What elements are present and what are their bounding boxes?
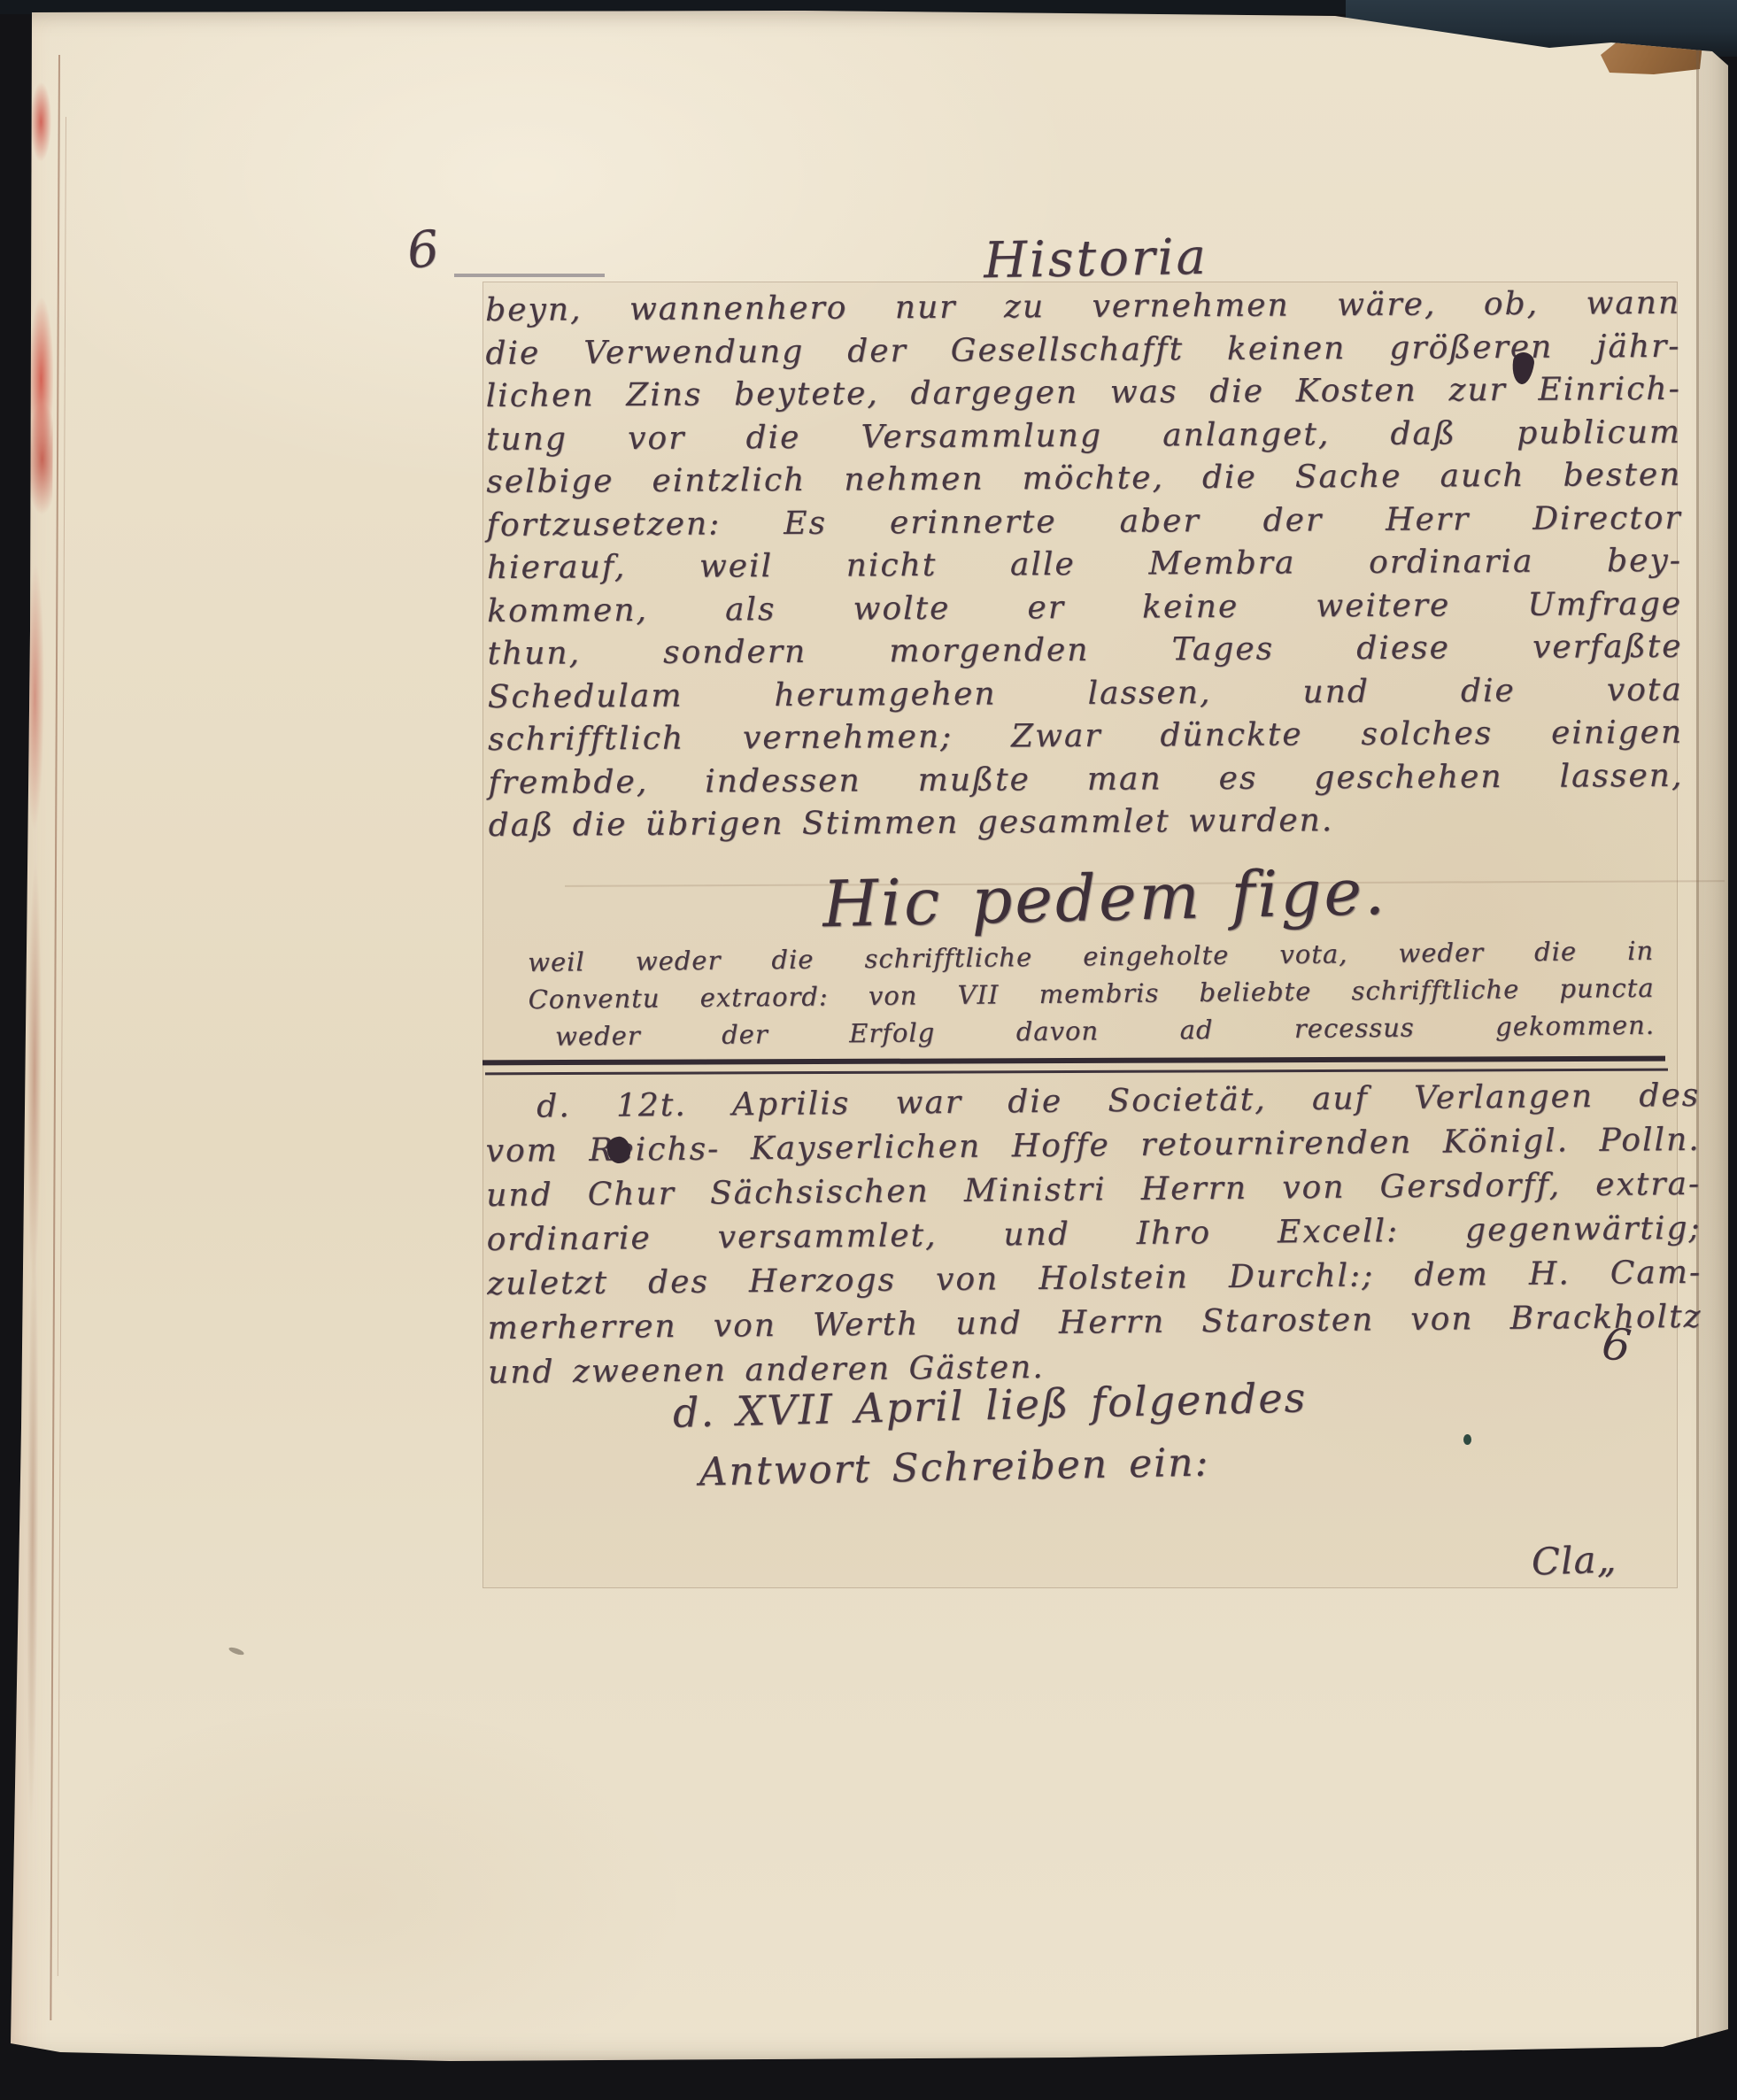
catchword: Cla„: [1476, 1535, 1672, 1586]
right-fold-shade: [1699, 12, 1730, 2058]
manuscript-line: Schedulam herumgehen lassen, und die vot…: [488, 671, 1683, 722]
manuscript-line: tung vor die Versammlung anlanget, daß p…: [486, 413, 1681, 464]
right-fold-crease: [1696, 12, 1699, 2058]
entry-paragraph: d. 12t. Aprilis war die Societät, auf Ve…: [485, 1077, 1702, 1399]
page-edge-crease-2: [58, 117, 66, 1976]
manuscript-line: thun, sondern morgenden Tages diese verf…: [487, 629, 1682, 679]
manuscript-line: frembde, indessen mußte man es geschehen…: [488, 757, 1683, 807]
manuscript-line: beyn, wannenhero nur zu vernehmen wäre, …: [485, 285, 1680, 336]
manuscript-line: hierauf, weil nicht alle Membra ordinari…: [487, 543, 1682, 593]
manuscript-line: daß die übrigen Stimmen gesammlet wurden…: [489, 800, 1684, 851]
manuscript-scan: 6 Historia beyn, wannenhero nur zu verne…: [0, 0, 1737, 2100]
running-title: Historia: [803, 225, 1388, 293]
page-number: 6: [405, 220, 444, 281]
manuscript-line: kommen, als wolte er keine weitere Umfra…: [487, 585, 1682, 636]
manuscript-page: 6 Historia beyn, wannenhero nur zu verne…: [7, 11, 1730, 2066]
paper-stain: [228, 1646, 245, 1656]
manuscript-line: fortzusetzen: Es erinnerte aber der Herr…: [486, 499, 1681, 550]
body-paragraph: beyn, wannenhero nur zu vernehmen wäre, …: [485, 285, 1684, 851]
manuscript-line: die Verwendung der Gesellschafft keinen …: [485, 328, 1680, 378]
page-fore-edge-red: [14, 42, 55, 2026]
manuscript-line: lichen Zins beytete, dargegen was die Ko…: [486, 371, 1681, 421]
frame-top-segment: [454, 274, 605, 277]
side-note: weil weder die schrifftliche eingeholte …: [528, 936, 1655, 1059]
manuscript-line: schrifftlich vernehmen; Zwar dünckte sol…: [488, 714, 1683, 765]
ink-speck: [1463, 1434, 1471, 1445]
manuscript-line: selbige eintzlich nehmen möchte, die Sac…: [486, 457, 1681, 507]
